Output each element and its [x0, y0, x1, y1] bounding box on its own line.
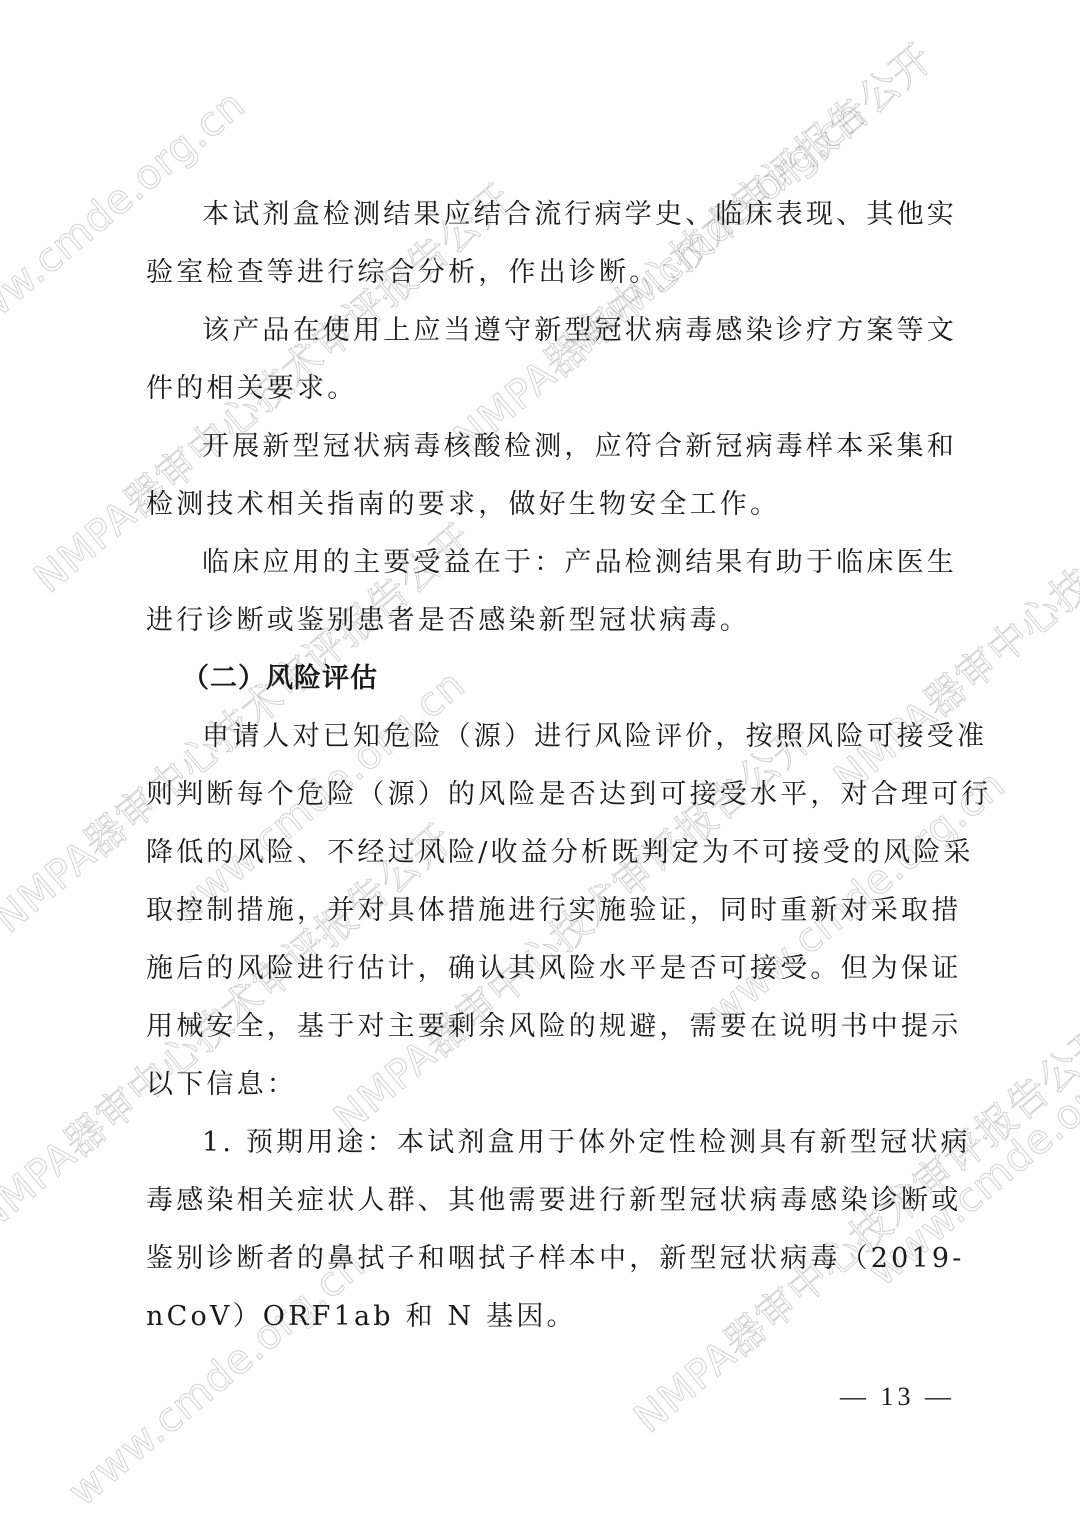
document-body: 本试剂盒检测结果应结合流行病学史、临床表现、其他实 验室检查等进行综合分析，作出…	[146, 186, 936, 1346]
paragraph-line: 验室检查等进行综合分析，作出诊断。	[146, 244, 936, 302]
list-item-line: nCoV）ORF1ab 和 N 基因。	[146, 1288, 936, 1346]
paragraph-line: 件的相关要求。	[146, 360, 936, 418]
paragraph-line: 检测技术相关指南的要求，做好生物安全工作。	[146, 476, 936, 534]
paragraph-line: 本试剂盒检测结果应结合流行病学史、临床表现、其他实	[146, 186, 936, 244]
paragraph-line: 进行诊断或鉴别患者是否感染新型冠状病毒。	[146, 592, 936, 650]
paragraph-line: 以下信息：	[146, 1056, 936, 1114]
paragraph-line: 施后的风险进行估计，确认其风险水平是否可接受。但为保证	[146, 940, 936, 998]
list-item-line: 鉴别诊断者的鼻拭子和咽拭子样本中，新型冠状病毒（2019-	[146, 1230, 936, 1288]
section-heading: （二）风险评估	[146, 650, 936, 708]
paragraph-line: 该产品在使用上应当遵守新型冠状病毒感染诊疗方案等文	[146, 302, 936, 360]
list-item-line: 毒感染相关症状人群、其他需要进行新型冠状病毒感染诊断或	[146, 1172, 936, 1230]
paragraph-line: 取控制措施，并对具体措施进行实施验证，同时重新对采取措	[146, 882, 936, 940]
paragraph-line: 开展新型冠状病毒核酸检测，应符合新冠病毒样本采集和	[146, 418, 936, 476]
paragraph-line: 用械安全，基于对主要剩余风险的规避，需要在说明书中提示	[146, 998, 936, 1056]
page-number: — 13 —	[840, 1382, 955, 1412]
paragraph-line: 申请人对已知危险（源）进行风险评价，按照风险可接受准	[146, 708, 936, 766]
paragraph-line: 临床应用的主要受益在于：产品检测结果有助于临床医生	[146, 534, 936, 592]
list-item-line: 1. 预期用途：本试剂盒用于体外定性检测具有新型冠状病	[146, 1114, 936, 1172]
paragraph-line: 则判断每个危险（源）的风险是否达到可接受水平，对合理可行	[146, 766, 936, 824]
paragraph-line: 降低的风险、不经过风险/收益分析既判定为不可接受的风险采	[146, 824, 936, 882]
